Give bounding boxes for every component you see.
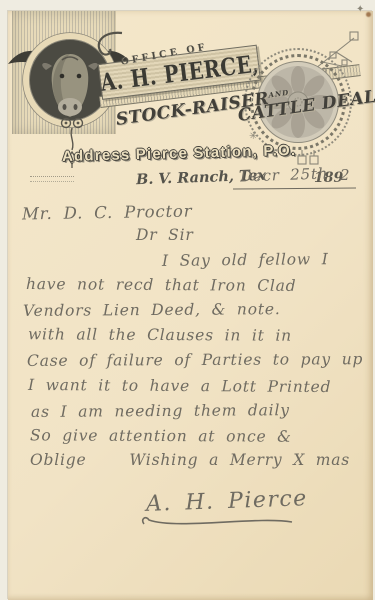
handwritten-year-digit: 2 bbox=[340, 166, 350, 184]
body-line: as I am needing them daily bbox=[31, 401, 290, 421]
flourish-curl-icon bbox=[92, 30, 124, 58]
body-line: Vendors Lien Deed, & note. bbox=[23, 300, 281, 320]
signature-flourish-underline bbox=[138, 514, 298, 532]
body-line: So give attention at once & bbox=[30, 426, 292, 445]
body-line: Oblige Wishing a Merry X mas bbox=[30, 451, 350, 469]
recipient-line: Mr. D. C. Proctor bbox=[22, 202, 193, 224]
body-line: I Say old fellow I bbox=[162, 250, 329, 270]
handwritten-date: Decr 25th bbox=[240, 164, 329, 185]
body-line: with all the Clauses in it in bbox=[28, 325, 292, 344]
body-line: Case of failure of Parties to pay up bbox=[27, 350, 363, 370]
ink-stain bbox=[366, 12, 371, 17]
printer-credit-microprint bbox=[30, 176, 74, 182]
body-line: I want it to have a Lott Printed bbox=[28, 376, 331, 396]
scanned-letter-page: A. H. PIERCE, OFFICE OF STOCK-RAISERAND … bbox=[0, 0, 375, 600]
and-text: AND bbox=[268, 88, 290, 100]
sparkle-ornament-icon: ✦ bbox=[356, 4, 364, 15]
body-line: have not recd that Iron Clad bbox=[26, 275, 297, 295]
salutation-line: Dr Sir bbox=[136, 226, 194, 244]
